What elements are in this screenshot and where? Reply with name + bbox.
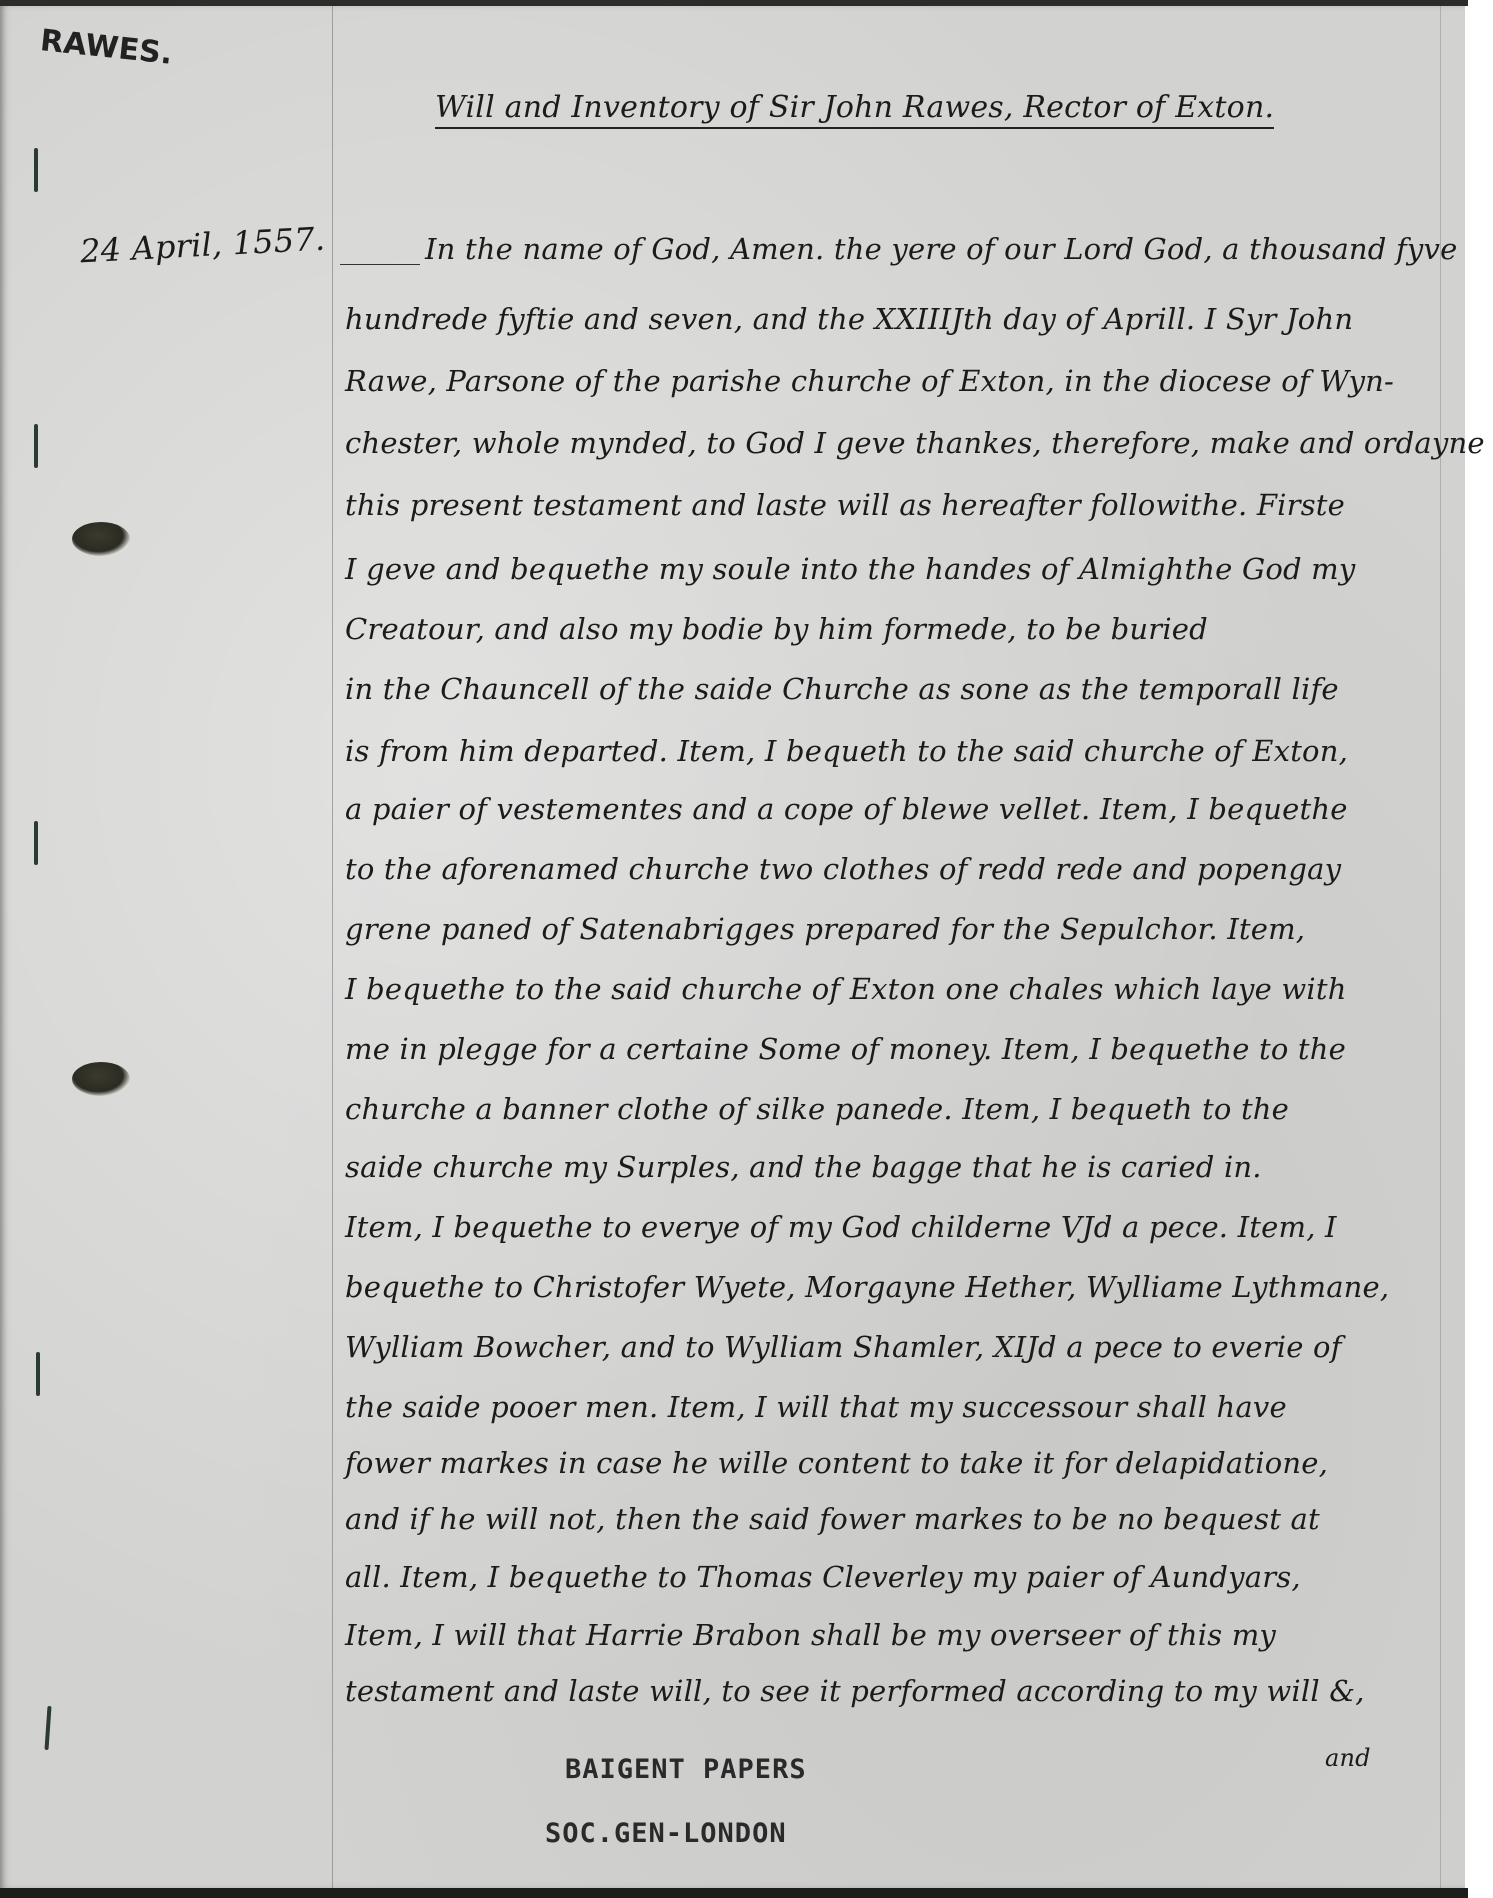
body-line: I bequethe to the said churche of Exton … bbox=[345, 972, 1347, 1006]
margin-tick-mark bbox=[44, 1706, 51, 1750]
body-line: hundrede fyftie and seven, and the XXIII… bbox=[345, 302, 1353, 336]
body-line: is from him departed. Item, I bequeth to… bbox=[345, 734, 1348, 768]
body-line: to the aforenamed churche two clothes of… bbox=[345, 852, 1341, 886]
margin-date-note: 24 April, 1557. bbox=[79, 220, 326, 271]
body-line: and if he will not, then the said fower … bbox=[345, 1502, 1320, 1536]
body-line: I geve and bequethe my soule into the ha… bbox=[345, 552, 1355, 586]
margin-tick-mark bbox=[36, 1352, 40, 1396]
body-line: Item, I will that Harrie Brabon shall be… bbox=[345, 1618, 1276, 1652]
body-line: this present testament and laste will as… bbox=[345, 488, 1345, 522]
manuscript-page: RAWES. Will and Inventory of Sir John Ra… bbox=[0, 6, 1465, 1888]
scan-border-bottom bbox=[0, 1888, 1468, 1898]
body-line: in the Chauncell of the saide Churche as… bbox=[345, 672, 1339, 706]
body-line: saide churche my Surples, and the bagge … bbox=[345, 1150, 1262, 1184]
body-line: grene paned of Satenabrigges prepared fo… bbox=[345, 912, 1305, 946]
body-line: chester, whole mynded, to God I geve tha… bbox=[345, 426, 1485, 460]
right-margin-rule bbox=[1440, 6, 1441, 1888]
catchword: and bbox=[1325, 1744, 1371, 1772]
archive-stamp-line-1: BAIGENT PAPERS bbox=[565, 1754, 807, 1785]
body-line: Creatour, and also my bodie by him forme… bbox=[345, 612, 1208, 646]
body-line: Rawe, Parsone of the parishe churche of … bbox=[345, 364, 1394, 398]
left-margin-rule bbox=[332, 6, 333, 1888]
paragraph-lead-rule bbox=[340, 264, 420, 265]
body-line: bequethe to Christofer Wyete, Morgayne H… bbox=[345, 1270, 1389, 1304]
margin-tick-mark bbox=[34, 424, 38, 468]
document-title: Will and Inventory of Sir John Rawes, Re… bbox=[435, 90, 1274, 129]
punch-hole-upper bbox=[72, 522, 130, 556]
body-line: In the name of God, Amen. the yere of ou… bbox=[425, 232, 1457, 266]
body-line: fower markes in case he wille content to… bbox=[345, 1446, 1328, 1480]
body-line: Item, I bequethe to everye of my God chi… bbox=[345, 1210, 1337, 1244]
body-line: churche a banner clothe of silke panede.… bbox=[345, 1092, 1289, 1126]
margin-tick-mark bbox=[34, 148, 38, 192]
corner-surname-label: RAWES. bbox=[39, 23, 175, 72]
body-line: the saide pooer men. Item, I will that m… bbox=[345, 1390, 1287, 1424]
punch-hole-lower bbox=[72, 1062, 130, 1096]
body-line: Wylliam Bowcher, and to Wylliam Shamler,… bbox=[345, 1330, 1342, 1364]
body-line: all. Item, I bequethe to Thomas Cleverle… bbox=[345, 1560, 1301, 1594]
body-line: me in plegge for a certaine Some of mone… bbox=[345, 1032, 1346, 1066]
body-line: a paier of vestementes and a cope of ble… bbox=[345, 792, 1348, 826]
margin-tick-mark bbox=[34, 821, 38, 865]
body-line: testament and laste will, to see it perf… bbox=[345, 1674, 1365, 1708]
archive-stamp-line-2: SOC.GEN-LONDON bbox=[545, 1818, 787, 1849]
